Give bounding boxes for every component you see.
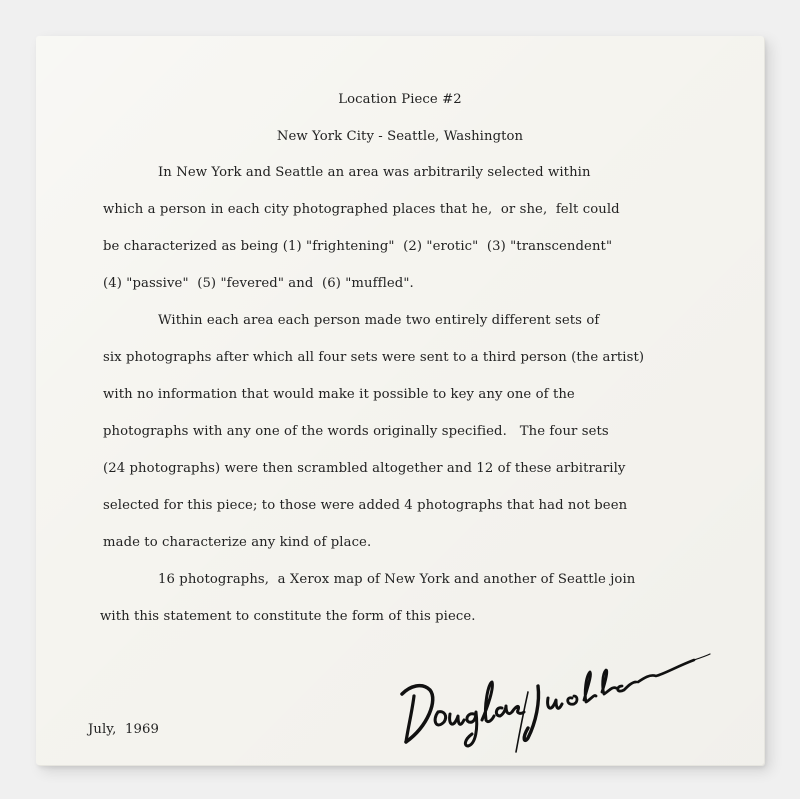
document-subtitle: New York City - Seattle, Washington: [36, 129, 764, 145]
paragraph-1-line-3: be characterized as being (1) "frighteni…: [103, 239, 612, 255]
paragraph-2-line-3: with no information that would make it p…: [103, 387, 575, 403]
paragraph-2-line-4: photographs with any one of the words or…: [103, 424, 609, 440]
document-sheet: Location Piece #2 New York City - Seattl…: [36, 36, 764, 765]
paragraph-2-line-6: selected for this piece; to those were a…: [103, 498, 627, 514]
signature-douglas-huebler: [388, 616, 718, 756]
paragraph-2-line-2: six photographs after which all four set…: [103, 350, 644, 366]
document-title: Location Piece #2: [36, 92, 764, 108]
paragraph-1-line-2: which a person in each city photographed…: [103, 202, 620, 218]
document-date: July, 1969: [88, 722, 159, 738]
paragraph-2-line-1: Within each area each person made two en…: [158, 313, 599, 329]
paragraph-2-line-5: (24 photographs) were then scrambled alt…: [103, 461, 625, 477]
paragraph-1-line-1: In New York and Seattle an area was arbi…: [158, 165, 591, 181]
paragraph-3-line-1: 16 photographs, a Xerox map of New York …: [158, 572, 635, 588]
paragraph-1-line-4: (4) "passive" (5) "fevered" and (6) "muf…: [103, 276, 414, 292]
paragraph-2-line-7: made to characterize any kind of place.: [103, 535, 371, 551]
